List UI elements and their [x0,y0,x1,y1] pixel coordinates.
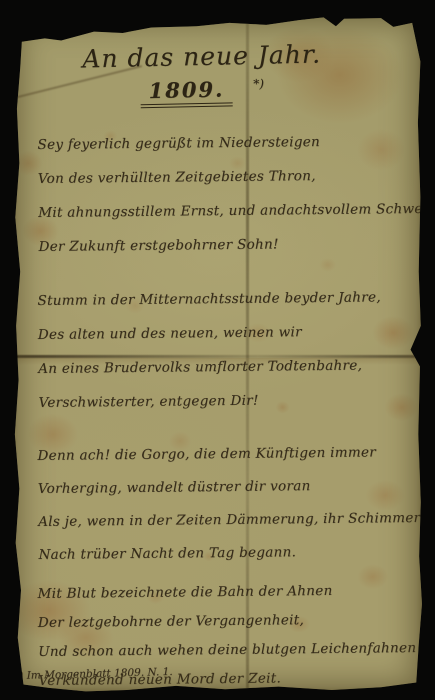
stanza-3: Denn ach! die Gorgo, die dem Künftigen i… [37,436,416,572]
stanza-1: Sey feyerlich gegrüßt im Niedersteigen V… [37,124,416,264]
poem-line: Denn ach! die Gorgo, die dem Künftigen i… [37,436,415,473]
poem-line: Von des verhüllten Zeitgebietes Thron, [38,158,416,196]
poem-line: Der leztgebohrne der Vergangenheit, [38,605,416,638]
stanza-2: Stumm in der Mitternachtsstunde beyder J… [37,280,416,420]
poem-title-block: An das neue Jahr. 1809. *) [51,39,352,105]
poem-year: 1809. [140,76,232,108]
manuscript-page: An das neue Jahr. 1809. *) Sey feyerlich… [12,14,422,692]
poem-year-row: 1809. *) [52,74,352,105]
poem-line: Des alten und des neuen, weinen wir [38,314,416,352]
poem-line: An eines Brudervolks umflorter Todtenbah… [38,348,416,386]
poem-line: Vorherging, wandelt düstrer dir voran [38,469,416,506]
poem-line: Verschwisterter, entgegen Dir! [38,382,416,420]
footnote-marker: *) [253,77,264,91]
poem-line: Nach trüber Nacht den Tag begann. [38,535,416,572]
poem-line: Als je, wenn in der Zeiten Dämmerung, ih… [38,502,416,539]
poem-line: Und schon auch wehen deine blutgen Leich… [38,634,416,667]
poem-title: An das neue Jahr. [51,39,352,74]
poem-line: Sey feyerlich gegrüßt im Niedersteigen [37,124,415,162]
manuscript-scan: An das neue Jahr. 1809. *) Sey feyerlich… [0,0,435,700]
poem-line: Mit ahnungsstillem Ernst, und andachtsvo… [38,192,416,230]
poem-line: Mit Blut bezeichnete die Bahn der Ahnen [37,576,415,609]
poem-line: Der Zukunft erstgebohrner Sohn! [38,226,416,264]
poem-line: Stumm in der Mitternachtsstunde beyder J… [37,280,415,318]
